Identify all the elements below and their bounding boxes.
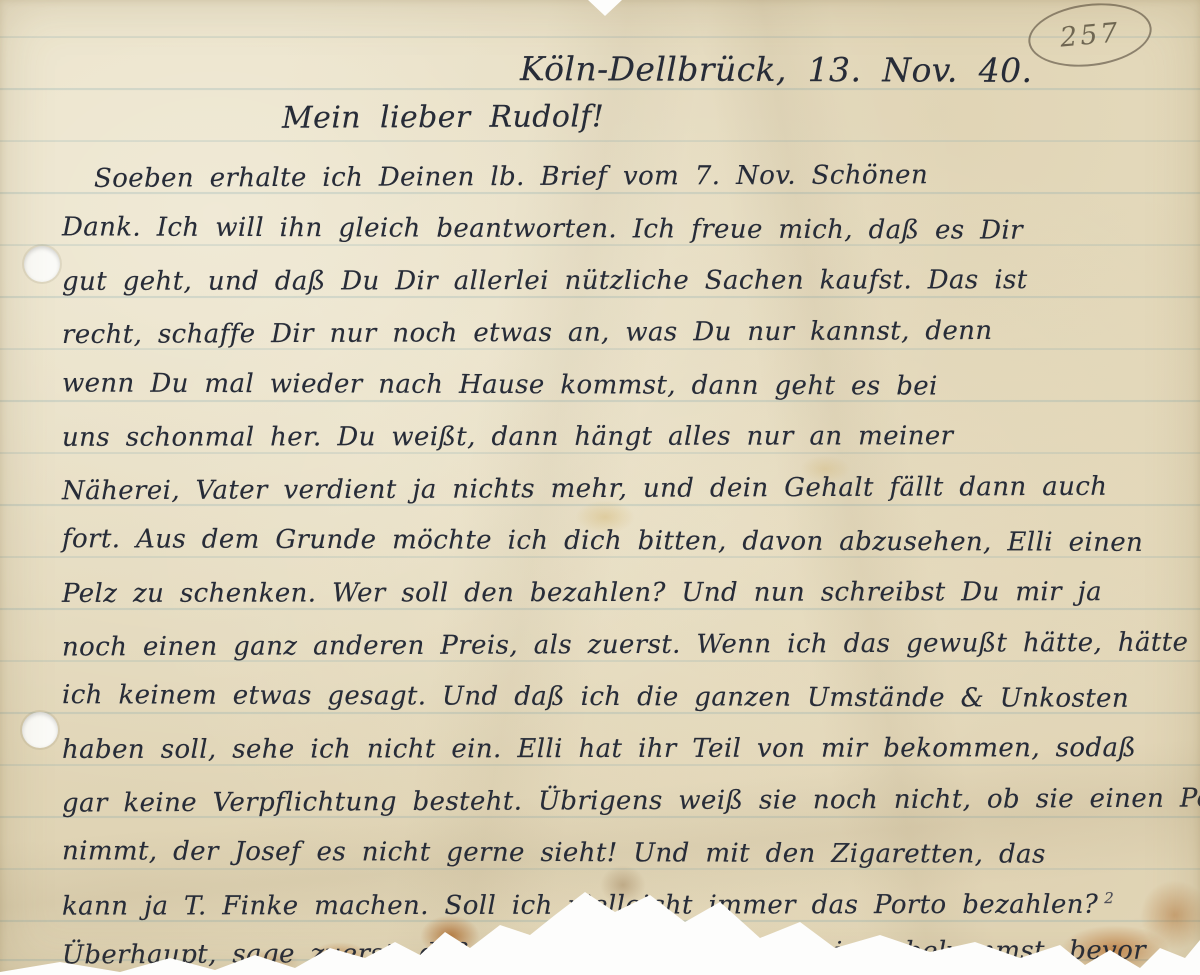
letter-line: gut geht, und daß Du Dir allerlei nützli… bbox=[62, 265, 1028, 297]
punch-hole-bottom bbox=[22, 712, 58, 748]
letter-line: ich keinem etwas gesagt. Und daß ich die… bbox=[62, 680, 1129, 714]
footnote-mark: 2 bbox=[1104, 889, 1114, 907]
letter-line: wenn Du mal wieder nach Hause kommst, da… bbox=[62, 368, 938, 401]
letter-line: uns schonmal her. Du weißt, dann hängt a… bbox=[62, 421, 954, 453]
letter-line: gar keine Verpflichtung besteht. Übrigen… bbox=[62, 783, 1200, 818]
archival-number: 257 bbox=[1058, 17, 1121, 53]
letter-line: noch einen ganz anderen Preis, als zuers… bbox=[62, 628, 1188, 663]
scanner-background: 257 Köln-Dellbrück, 13. Nov. 40. Mein li… bbox=[0, 0, 1200, 975]
letter-line: kann ja T. Finke machen. Soll ich vielle… bbox=[62, 889, 1114, 921]
salutation: Mein lieber Rudolf! bbox=[282, 99, 604, 135]
punch-hole-top bbox=[24, 246, 60, 282]
letter-line: Überhaupt, sage zuerst, daß Du sie bei S… bbox=[62, 936, 1146, 971]
burn-stain bbox=[540, 938, 620, 972]
letter-line: Pelz zu schenken. Wer soll den bezahlen?… bbox=[62, 577, 1102, 609]
letter-line: nimmt, der Josef es nicht gerne sieht! U… bbox=[62, 836, 1046, 869]
letter-line: recht, schaffe Dir nur noch etwas an, wa… bbox=[62, 316, 993, 350]
letter-line: Dank. Ich will ihn gleich beantworten. I… bbox=[62, 212, 1023, 245]
letter-line: fort. Aus dem Grunde möchte ich dich bit… bbox=[62, 524, 1143, 558]
dateline: Köln-Dellbrück, 13. Nov. 40. bbox=[520, 49, 1033, 90]
letter-line-text: kann ja T. Finke machen. Soll ich vielle… bbox=[62, 890, 1098, 922]
letter-line: haben soll, sehe ich nicht ein. Elli hat… bbox=[62, 733, 1136, 765]
letter-line: Näherei, Vater verdient ja nichts mehr, … bbox=[62, 472, 1108, 507]
letter-line: Soeben erhalte ich Deinen lb. Brief vom … bbox=[94, 160, 928, 194]
letter-paper: 257 Köln-Dellbrück, 13. Nov. 40. Mein li… bbox=[0, 0, 1200, 975]
